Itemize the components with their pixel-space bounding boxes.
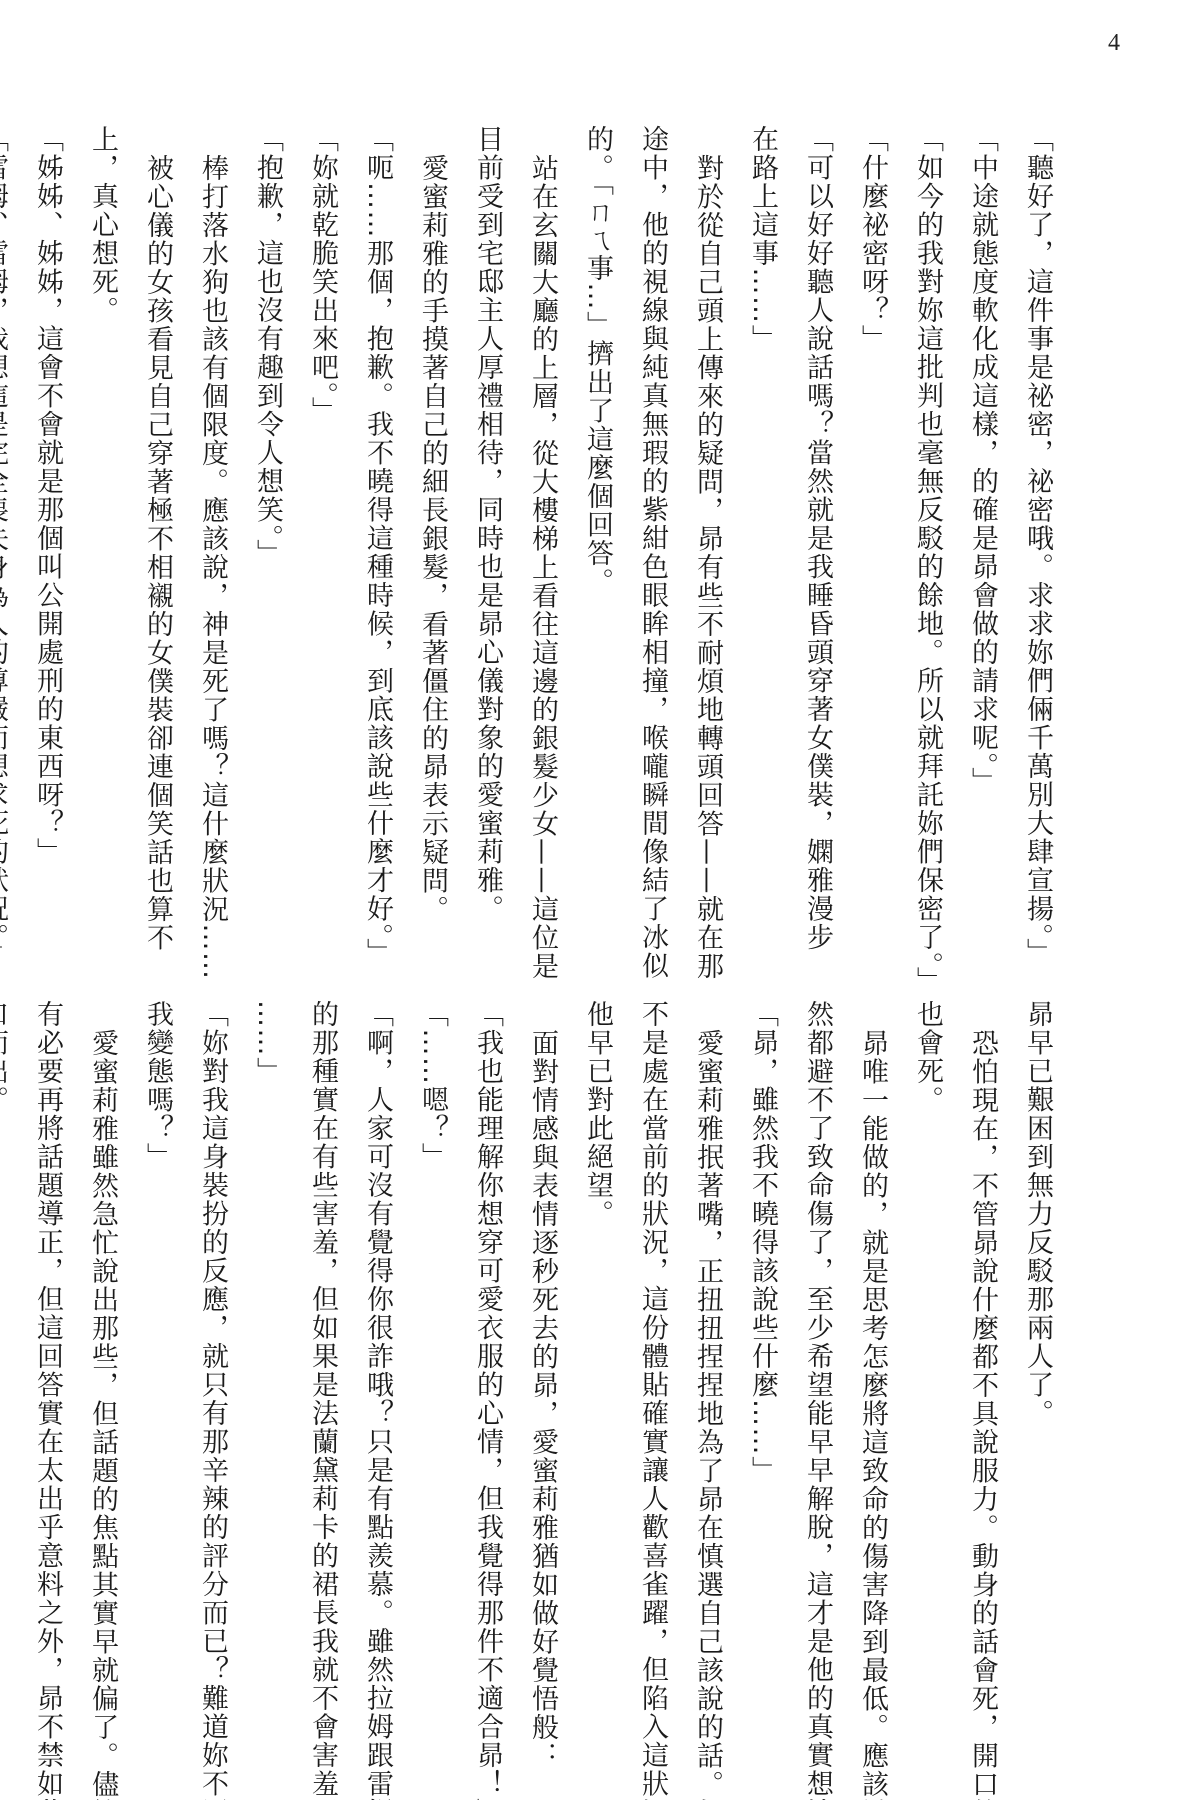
text-line: 恐怕現在，不管昴說什麼都不具說服力。動身的話會死，開口的話 [955, 1000, 1010, 1730]
text-line: 「……嗯？」 [405, 1000, 460, 1730]
text-block-top: 「聽好了，這件事是祕密，祕密哦。求求妳們倆千萬別大肆宣揚。」「中途就態度軟化成這… [85, 125, 1065, 925]
text-line: 「中途就態度軟化成這樣，的確是昴會做的請求呢。」 [955, 125, 1010, 925]
text-line: 不是處在當前的狀況，這份體貼確實讓人歡喜雀躍，但陷入這狀況的 [625, 1000, 680, 1730]
text-line: ……」 [240, 1000, 295, 1730]
text-line: 的。「ㄇㄟ事…」擠出了這麼個回答。 [570, 125, 625, 925]
text-line: 口而出。 [0, 1000, 20, 1730]
text-line: 他早已對此絕望。 [570, 1000, 625, 1730]
text-line: 「什麼祕密呀？」 [845, 125, 900, 925]
text-line: 「妳對我這身裝扮的反應，就只有那辛辣的評分而已？難道妳不罵 [185, 1000, 240, 1730]
text-line: 「聽好了，這件事是祕密，祕密哦。求求妳們倆千萬別大肆宣揚。」 [1010, 125, 1065, 925]
text-line: 「可以好好聽人說話嗎？當然就是我睡昏頭穿著女僕裝，嫻雅漫步 [790, 125, 845, 925]
text-line: 「抱歉，這也沒有趣到令人想笑。」 [240, 125, 295, 925]
text-line: 昴唯一能做的，就是思考怎麼將這致命的傷害降到最低。應該說既 [845, 1000, 900, 1730]
text-line: 在路上這事……」 [735, 125, 790, 925]
text-line: 「雷姆、雷姆，我想這是完全喪失身為人的尊嚴而想求死的狀況。」 [0, 125, 20, 925]
text-line: 的那種實在有些害羞，但如果是法蘭黛莉卡的裙長我就不會害羞了 [295, 1000, 350, 1730]
text-line: 有必要再將話題導正，但這回答實在太出乎意料之外，昴不禁如此脫 [20, 1000, 75, 1730]
text-line: 也會死。 [900, 1000, 955, 1730]
text-line: 昴早已艱困到無力反駁那兩人了。 [1010, 1000, 1065, 1730]
text-line: 棒打落水狗也該有個限度。應該說，神是死了嗎？這什麼狀況…… [185, 125, 240, 925]
text-line: 我變態嗎？」 [130, 1000, 185, 1730]
text-line: 上，真心想死。 [75, 125, 130, 925]
page-number: 4 [1108, 30, 1120, 57]
text-line: 愛蜜莉雅雖然急忙說出那些，但話題的焦點其實早就偏了。儘管沒 [75, 1000, 130, 1730]
text-block-bottom: 昴早已艱困到無力反駁那兩人了。恐怕現在，不管昴說什麼都不具說服力。動身的話會死，… [85, 1000, 1065, 1730]
text-line: 途中，他的視線與純真無瑕的紫紺色眼眸相撞，喉嚨瞬間像結了冰似 [625, 125, 680, 925]
text-line: 「如今的我對妳這批判也毫無反駁的餘地。所以就拜託妳們保密了。」 [900, 125, 955, 925]
text-line: 「妳就乾脆笑出來吧。」 [295, 125, 350, 925]
text-line: 被心儀的女孩看見自己穿著極不相襯的女僕裝卻連個笑話也算不 [130, 125, 185, 925]
text-line: 站在玄關大廳的上層，從大樓梯上看往這邊的銀髮少女——這位是 [515, 125, 570, 925]
text-line: 「姊姊、姊姊，這會不會就是那個叫公開處刑的東西呀？」 [20, 125, 75, 925]
text-line: 面對情感與表情逐秒死去的昴，愛蜜莉雅猶如做好覺悟般： [515, 1000, 570, 1730]
text-line: 愛蜜莉雅的手摸著自己的細長銀髮，看著僵住的昴表示疑問。 [405, 125, 460, 925]
text-line: 「我也能理解你想穿可愛衣服的心情，但我覺得那件不適合昴！」 [460, 1000, 515, 1730]
text-line: 愛蜜莉雅抿著嘴，正扭扭捏捏地為了昴在慎選自己該說的話。如果 [680, 1000, 735, 1730]
text-line: 「昴，雖然我不曉得該說些什麼……」 [735, 1000, 790, 1730]
text-line: 「啊，人家可沒有覺得你很詐哦？只是有點羨慕。雖然拉姆跟雷姆 [350, 1000, 405, 1730]
text-line: 然都避不了致命傷了，至少希望能早早解脫，這才是他的真實想法。 [790, 1000, 845, 1730]
text-line: 對於從自己頭上傳來的疑問，昴有些不耐煩地轉頭回答——就在那 [680, 125, 735, 925]
text-line: 目前受到宅邸主人厚禮相待，同時也是昴心儀對象的愛蜜莉雅。 [460, 125, 515, 925]
text-line: 「呃……那個，抱歉。我不曉得這種時候，到底該說些什麼才好。」 [350, 125, 405, 925]
